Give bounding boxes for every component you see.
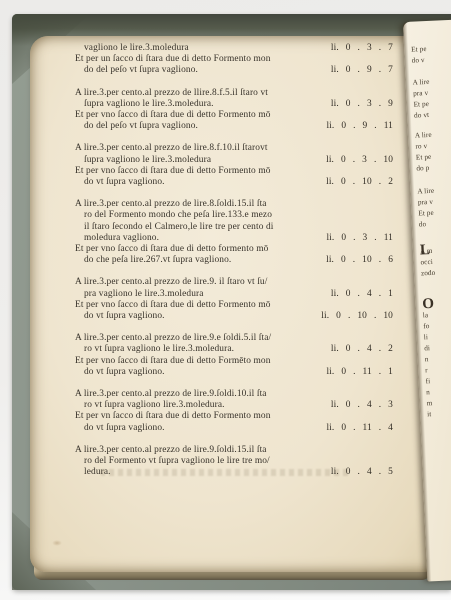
truncated-text-fragment: A lire (417, 187, 434, 196)
paragraph: A lire.3.per cento.al prezzo de llire.8.… (75, 88, 393, 133)
paragraph: A lire.3.per cento.al prezzo de lire.8.f… (75, 143, 393, 188)
lire-value: li. 0 . 11 . 1 (326, 367, 393, 378)
text-line: do vt ſupra vagliono.li. 0 . 10 . 10 (75, 311, 393, 322)
text-line: do del peſo vt ſupra vagliono.li. 0 . 9 … (75, 121, 393, 132)
text-line: ro vt ſupra vagliono lire.3.moledura.li.… (75, 400, 393, 411)
drop-cap-initial: O (422, 297, 434, 312)
text-line: A lire.3.per cento.al prezzo de lire.9.e… (75, 333, 393, 344)
text-line: ro del Formento vt ſupra vagliono le lir… (75, 456, 393, 467)
drop-cap-initial: L (420, 243, 431, 258)
text-line: Et per vno ſacco di ſtara due di detto F… (75, 110, 393, 121)
line-text: A lire.3.per cento.al prezzo de lire.9.ſ… (75, 445, 267, 456)
lire-value: li. 0 . 10 . 6 (326, 255, 393, 266)
lire-value: li. 0 . 3 . 7 (331, 43, 393, 54)
truncated-text-fragment: Et pe (416, 153, 432, 162)
truncated-text-fragment: n (426, 388, 430, 396)
line-text: do del peſo vt ſupra vagliono. (84, 65, 198, 76)
book-page: vagliono le lire.3.moledurali. 0 . 3 . 7… (30, 36, 432, 572)
text-line: Et per vno ſacco di ſtara due di detto F… (75, 356, 393, 367)
line-text: ro del Formento mondo che peſa lire.133.… (84, 210, 272, 221)
text-line: do vt ſupra vagliono.li. 0 . 10 . 2 (75, 177, 393, 188)
text-line: A lire.3.per cento.al prezzo de lire.9.ſ… (75, 389, 393, 400)
truncated-text-fragment: do (419, 220, 427, 228)
text-line: A lire.3.per cento.al prezzo de llire.8.… (75, 88, 393, 99)
lire-value: li. 0 . 4 . 3 (331, 400, 393, 411)
lire-value: li. 0 . 10 . 2 (326, 177, 393, 188)
truncated-text-fragment: occi (420, 258, 433, 267)
text-line: A lire.3.per cento.al prezzo de lire.8.ſ… (75, 199, 393, 210)
line-text: Et per un ſacco di ſtara due di detto Fo… (75, 54, 271, 65)
text-line: Et per vno ſacco di ſtara due di detto f… (75, 244, 393, 255)
line-text: do del peſo vt ſupra vagliono. (84, 121, 198, 132)
truncated-text-fragment: li (424, 333, 429, 341)
truncated-text-fragment: di (424, 344, 430, 352)
text-line: Et per vn ſacco di ſtara due di detto Fo… (75, 411, 393, 422)
paper-stain (52, 540, 62, 546)
text-line: ro del Formento mondo che peſa lire.133.… (75, 210, 393, 221)
paragraph: A lire.3.per cento.al prezzo de lire.9. … (75, 277, 393, 322)
text-line: moledura vagliono.li. 0 . 3 . 11 (75, 233, 393, 244)
truncated-text-fragment: la (423, 311, 429, 319)
text-line: do del peſo vt ſupra vagliono.li. 0 . 9 … (75, 65, 393, 76)
page-text-block: vagliono le lire.3.moledurali. 0 . 3 . 7… (75, 43, 393, 490)
text-line: Et per un ſacco di ſtara due di detto Fo… (75, 54, 393, 65)
truncated-text-fragment: m (426, 399, 432, 407)
text-line: ſupra vagliono le lire.3.moledurali. 0 .… (75, 155, 393, 166)
paragraph: A lire.3.per cento.al prezzo de lire.9.ſ… (75, 389, 393, 434)
lire-value: li. 0 . 3 . 11 (326, 233, 393, 244)
line-text: Et per vno ſacco di ſtara due di detto F… (75, 166, 271, 177)
text-line: A lire.3.per cento.al prezzo de lire.8.f… (75, 143, 393, 154)
text-line: A lire.3.per cento.al prezzo de lire.9. … (75, 277, 393, 288)
truncated-text-fragment: Et pe (413, 100, 429, 109)
line-text: do vt ſupra vagliono. (84, 367, 165, 378)
truncated-text-fragment: pra v (413, 89, 428, 98)
truncated-text-fragment: do v (412, 56, 425, 65)
lire-value: li. 0 . 4 . 1 (331, 289, 393, 300)
line-text: Et per vn ſacco di ſtara due di detto Fo… (75, 411, 271, 422)
lire-value: li. 0 . 9 . 11 (326, 121, 393, 132)
line-text: ſupra vagliono le lire.3.moledura. (84, 99, 214, 110)
lire-value: li. 0 . 9 . 7 (331, 65, 393, 76)
truncated-text-fragment: A lire (415, 131, 432, 140)
truncated-text-fragment: r (425, 366, 428, 374)
text-line: do che peſa lire.267.vt ſupra vagliono.l… (75, 255, 393, 266)
line-text: moledura vagliono. (84, 233, 159, 244)
truncated-text-fragment: zodo (421, 269, 436, 278)
truncated-text-fragment: it (427, 410, 432, 418)
line-text: il ſtaro ſecondo el Calmero,le lire tre … (84, 222, 274, 233)
line-text: ro vt ſupra vagliono lire.3.moledura. (84, 400, 225, 411)
ink-showthrough (100, 469, 350, 476)
text-line: ro vt ſupra vagliono le lire.3.moledura.… (75, 344, 393, 355)
line-text: A lire.3.per cento.al prezzo de lire.9.e… (75, 333, 271, 344)
truncated-text-fragment: pra v (418, 198, 433, 207)
line-text: do vt ſupra vagliono. (84, 311, 165, 322)
lire-value: li. 0 . 10 . 10 (321, 311, 393, 322)
lire-value: li. 0 . 3 . 9 (331, 99, 393, 110)
line-text: do vt ſupra vagliono. (84, 177, 165, 188)
text-line: vagliono le lire.3.moledurali. 0 . 3 . 7 (75, 43, 393, 54)
lire-value: li. 0 . 4 . 2 (331, 344, 393, 355)
truncated-text-fragment: fi (426, 377, 431, 385)
line-text: Et per vno ſacco di ſtara due di detto F… (75, 110, 271, 121)
text-line: Et per vno ſacco di ſtara due di detto F… (75, 166, 393, 177)
text-line: il ſtaro ſecondo el Calmero,le lire tre … (75, 222, 393, 233)
truncated-text-fragment: Et pe (418, 209, 434, 218)
line-text: ro del Formento vt ſupra vagliono le lir… (84, 456, 270, 467)
line-text: Et per vno ſacco di ſtara due di detto F… (75, 356, 271, 367)
lire-value: li. 0 . 3 . 10 (326, 155, 393, 166)
book-photograph: { "book": { "language": "Italian (early … (0, 0, 451, 600)
line-text: A lire.3.per cento.al prezzo de lire.8.ſ… (75, 199, 267, 210)
text-line: do vt ſupra vagliono.li. 0 . 11 . 4 (75, 423, 393, 434)
paragraph: vagliono le lire.3.moledurali. 0 . 3 . 7… (75, 43, 393, 77)
line-text: A lire.3.per cento.al prezzo de lire.9.ſ… (75, 389, 267, 400)
text-line: A lire.3.per cento.al prezzo de lire.9.ſ… (75, 445, 393, 456)
truncated-text-fragment: ro v (415, 142, 427, 151)
text-line: Et per vno ſacco di ſtara due di detto F… (75, 300, 393, 311)
line-text: pra vagliono le lire.3.moledura (84, 289, 204, 300)
line-text: ro vt ſupra vagliono le lire.3.moledura. (84, 344, 234, 355)
line-text: vagliono le lire.3.moledura (84, 43, 189, 54)
paragraph: A lire.3.per cento.al prezzo de lire.8.ſ… (75, 199, 393, 266)
line-text: do che peſa lire.267.vt ſupra vagliono. (84, 255, 231, 266)
truncated-text-fragment: A lire (412, 78, 429, 87)
line-text: ſupra vagliono le lire.3.moledura (84, 155, 211, 166)
line-text: A lire.3.per cento.al prezzo de llire.8.… (75, 88, 268, 99)
truncated-text-fragment: fo (423, 322, 430, 330)
line-text: A lire.3.per cento.al prezzo de lire.9. … (75, 277, 267, 288)
text-line: pra vagliono le lire.3.moledurali. 0 . 4… (75, 289, 393, 300)
line-text: do vt ſupra vagliono. (84, 423, 165, 434)
paragraph: A lire.3.per cento.al prezzo de lire.9.e… (75, 333, 393, 378)
text-line: ſupra vagliono le lire.3.moledura.li. 0 … (75, 99, 393, 110)
truncated-text-fragment: do p (416, 164, 429, 173)
line-text: A lire.3.per cento.al prezzo de lire.8.f… (75, 143, 268, 154)
line-text: Et per vno ſacco di ſtara due di detto F… (75, 300, 271, 311)
line-text: Et per vno ſacco di ſtara due di detto f… (75, 244, 268, 255)
lire-value: li. 0 . 11 . 4 (326, 423, 393, 434)
truncated-text-fragment: Et pe (411, 45, 427, 54)
text-line: do vt ſupra vagliono.li. 0 . 11 . 1 (75, 367, 393, 378)
truncated-text-fragment: n (425, 355, 429, 363)
truncated-text-fragment: do vt (414, 111, 429, 120)
